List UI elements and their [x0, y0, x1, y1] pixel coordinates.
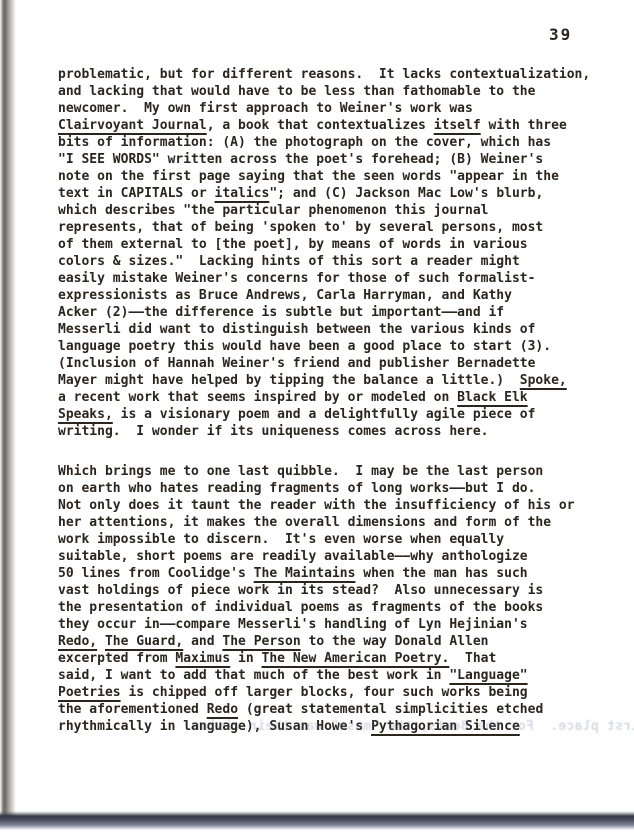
text-line: Which brings me to one last quibble. I m… [58, 463, 603, 480]
underlined-text: The Maintains [254, 566, 356, 581]
underlined-text: itself [434, 118, 481, 133]
underlined-text: Redo [207, 702, 238, 717]
text-line: the aforementioned Redo (great statement… [58, 701, 603, 718]
underlined-text: Spoke, [520, 373, 567, 388]
underlined-text: Speaks, [58, 407, 113, 422]
underlined-text: Black Elk [457, 390, 527, 405]
text-line: Poetries is chipped off larger blocks, f… [58, 684, 603, 701]
text-line: note on the first page saying that the s… [58, 168, 603, 185]
scan-bottom-edge [0, 811, 634, 835]
text-line: her attentions, it makes the overall dim… [58, 514, 603, 531]
text-line: Messerli did want to distinguish between… [58, 321, 603, 338]
text-line: Not only does it taunt the reader with t… [58, 497, 603, 514]
text-line: vast holdings of piece work in its stead… [58, 582, 603, 599]
underlined-text: The Guard, [105, 634, 183, 649]
text-line: the presentation of individual poems as … [58, 599, 603, 616]
text-line: Clairvoyant Journal, a book that context… [58, 117, 603, 134]
underlined-text: The New American Poetry. [262, 651, 450, 666]
underlined-text: "Language" [449, 668, 527, 683]
text-line: suitable, short poems are readily availa… [58, 548, 603, 565]
body-text: problematic, but for different reasons. … [58, 66, 603, 735]
text-line: Mayer might have helped by tipping the b… [58, 372, 603, 389]
text-line: Speaks, is a visionary poem and a deligh… [58, 406, 603, 423]
page-number: 39 [549, 25, 572, 44]
text-line: problematic, but for different reasons. … [58, 66, 603, 83]
text-line: colors & sizes." Lacking hints of this s… [58, 253, 603, 270]
text-line: on earth who hates reading fragments of … [58, 480, 603, 497]
text-line: they occur in——compare Messerli's handli… [58, 616, 603, 633]
text-line: easily mistake Weiner's concerns for tho… [58, 270, 603, 287]
text-line: of them external to [the poet], by means… [58, 236, 603, 253]
underlined-text: Redo, [58, 634, 97, 649]
text-line: excerpted from Maximus in The New Americ… [58, 650, 603, 667]
underlined-text: Poetries [58, 685, 121, 700]
paragraph: problematic, but for different reasons. … [58, 66, 603, 440]
text-line: work impossible to discern. It's even wo… [58, 531, 603, 548]
underlined-text: Maximus [175, 651, 230, 666]
underlined-text: Clairvoyant Journal [58, 118, 207, 133]
text-line: text in CAPITALS or italics"; and (C) Ja… [58, 185, 603, 202]
text-line: said, I want to add that much of the bes… [58, 667, 603, 684]
text-line: (Inclusion of Hannah Weiner's friend and… [58, 355, 603, 372]
text-line: bits of information: (A) the photograph … [58, 134, 603, 151]
text-line: which describes "the particular phenomen… [58, 202, 603, 219]
page-left-edge [0, 0, 16, 817]
text-line: "I SEE WORDS" written across the poet's … [58, 151, 603, 168]
bleed-through-text: the first place. For the Beats, the "mus… [260, 719, 634, 734]
text-line: writing. I wonder if its uniqueness come… [58, 423, 603, 440]
paragraph: Which brings me to one last quibble. I m… [58, 463, 603, 735]
text-line: and lacking that would have to be less t… [58, 83, 603, 100]
text-line: Redo, The Guard, and The Person to the w… [58, 633, 603, 650]
text-line: Acker (2)——the difference is subtle but … [58, 304, 603, 321]
text-line: expressionists as Bruce Andrews, Carla H… [58, 287, 603, 304]
text-line: represents, that of being 'spoken to' by… [58, 219, 603, 236]
scanned-page: 39 problematic, but for different reason… [0, 0, 634, 835]
text-line: 50 lines from Coolidge's The Maintains w… [58, 565, 603, 582]
text-line: language poetry this would have been a g… [58, 338, 603, 355]
text-line: a recent work that seems inspired by or … [58, 389, 603, 406]
underlined-text: italics [215, 186, 270, 201]
underlined-text: The Person [222, 634, 300, 649]
text-line: newcomer. My own first approach to Weine… [58, 100, 603, 117]
